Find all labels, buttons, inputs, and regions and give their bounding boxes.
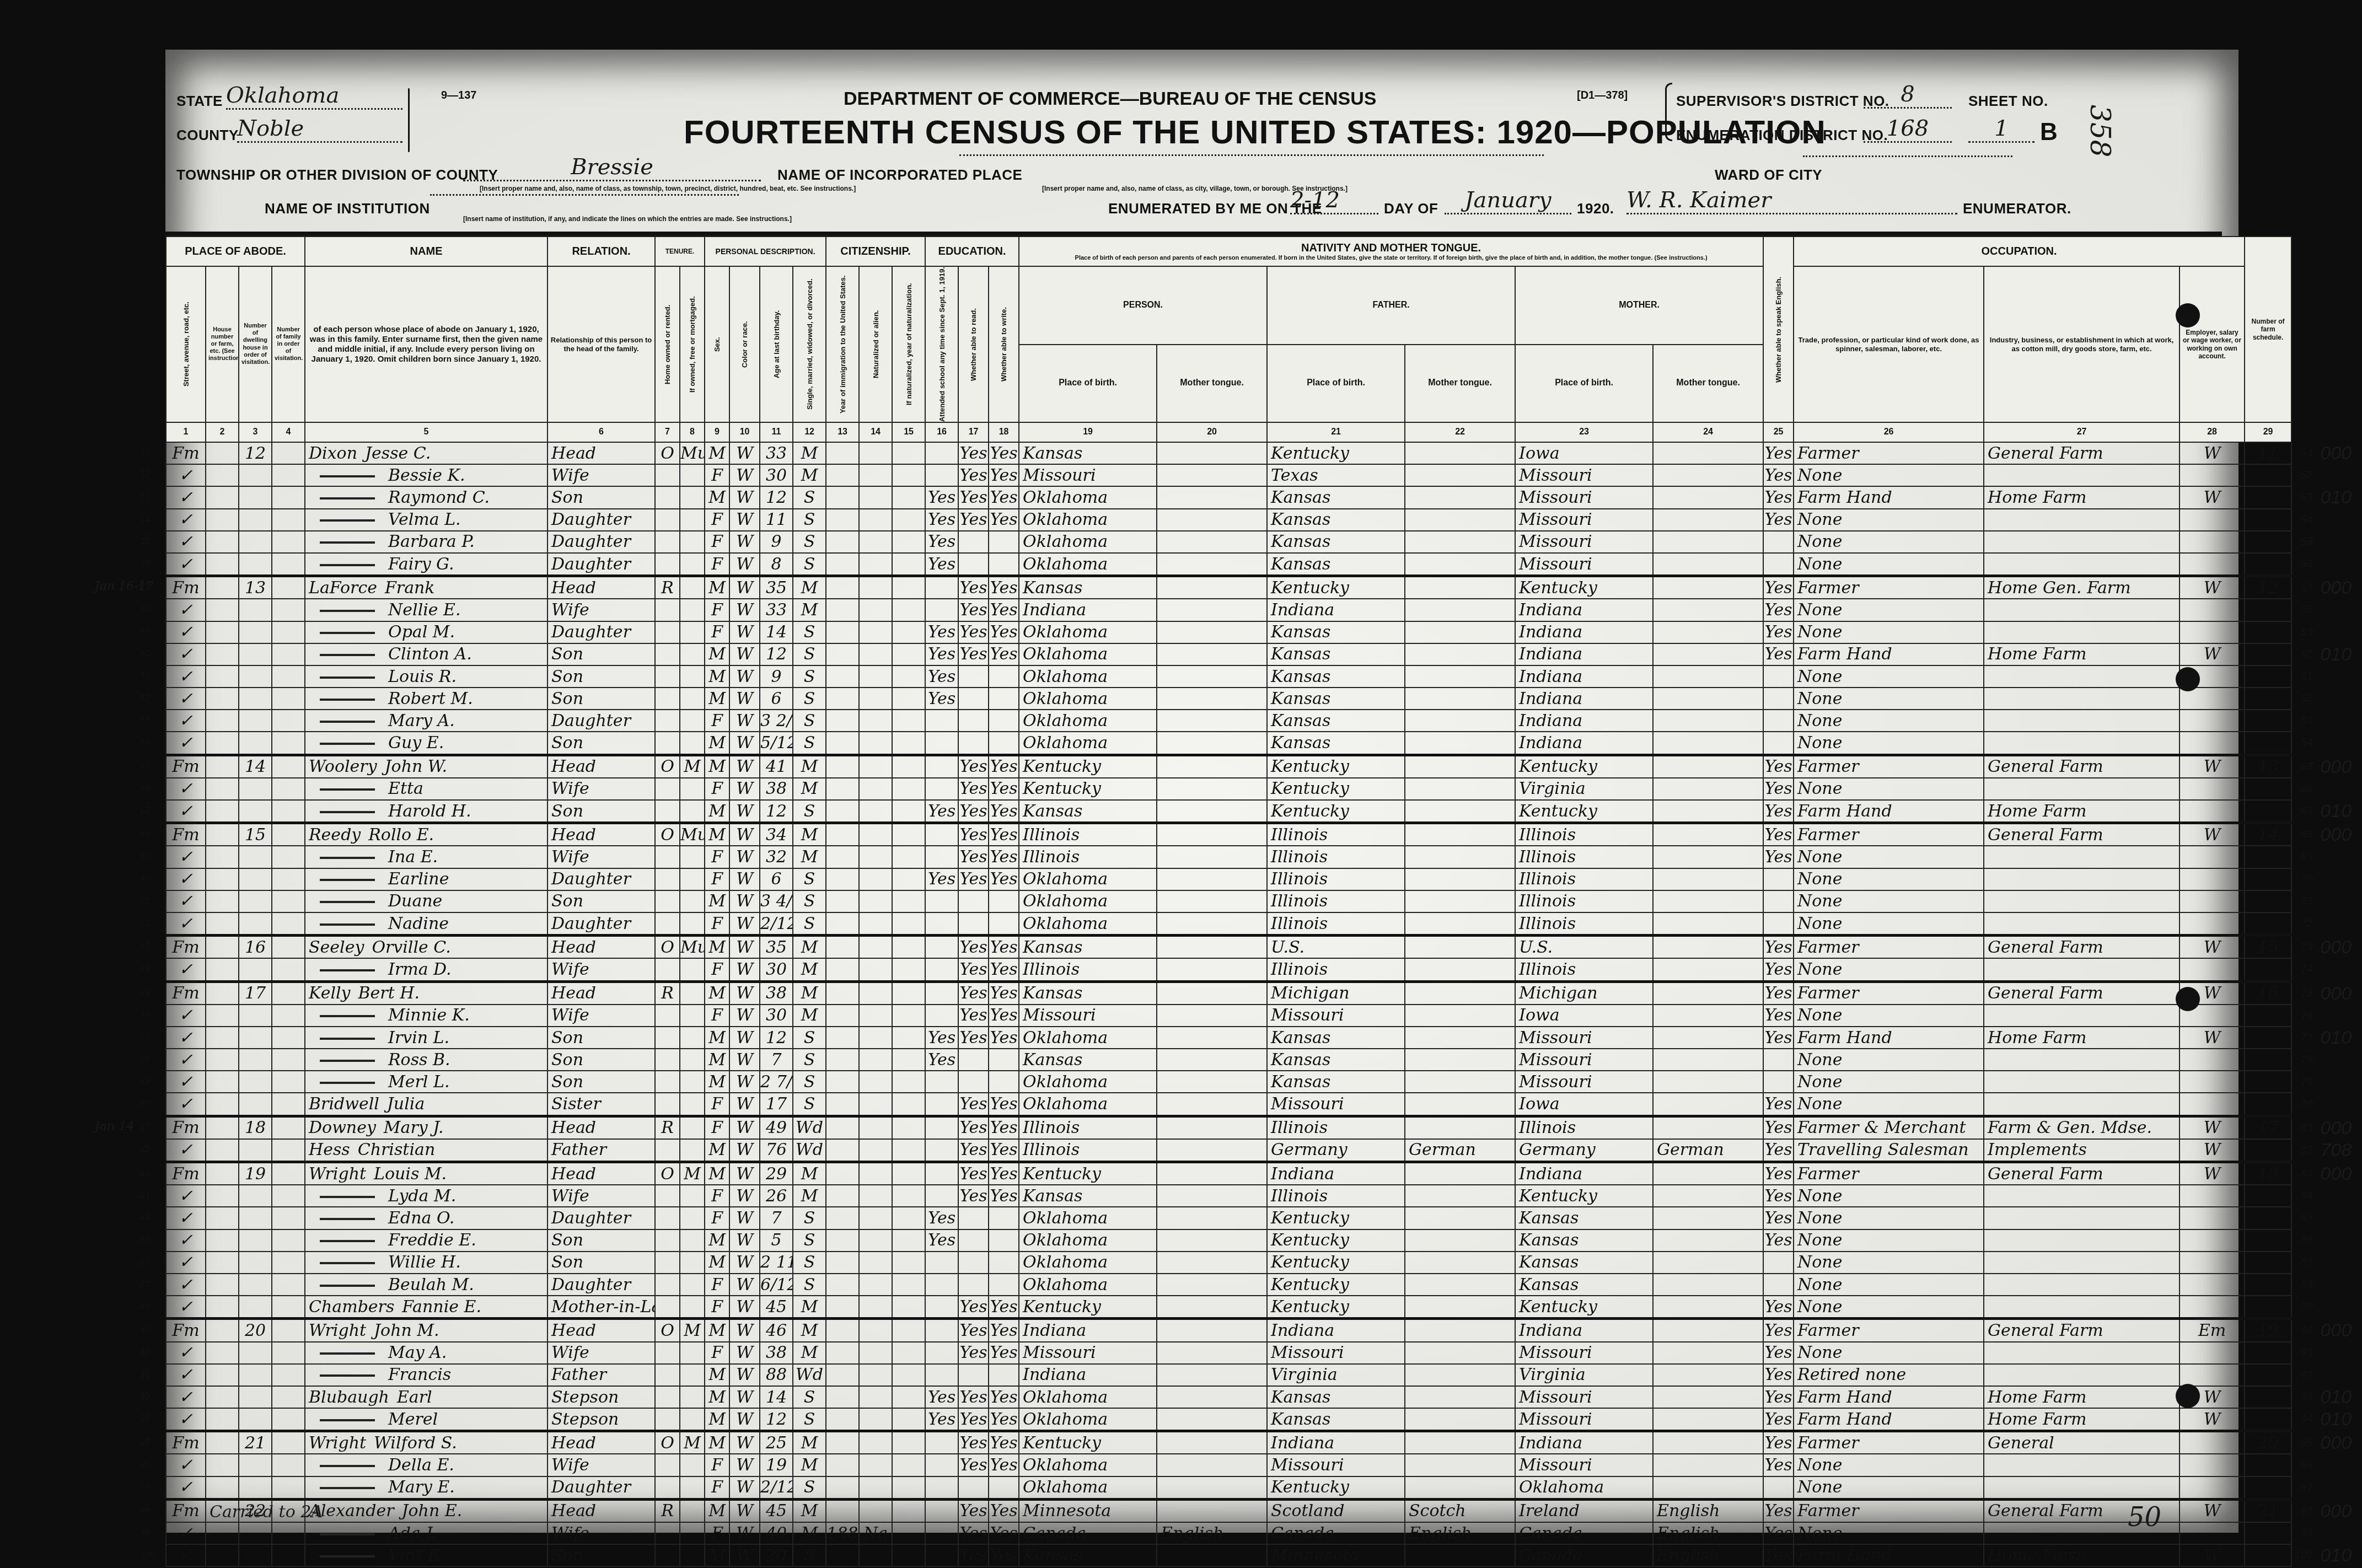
mother-mother-tongue-cell — [1653, 755, 1763, 778]
street-value: ✓ — [179, 1050, 192, 1070]
age-cell: 19 — [760, 1454, 793, 1476]
col-16-label: Attended school any time since Sept. 1, … — [925, 266, 958, 422]
father-birthplace-cell: Illinois — [1267, 890, 1405, 912]
ward-label: WARD OF CITY — [1715, 167, 1822, 184]
dwelling-cell — [239, 710, 272, 732]
trade-cell: None — [1794, 868, 1984, 890]
line-number-left: 98 — [140, 1506, 150, 1516]
immigration-cell — [826, 868, 859, 890]
naturalized-cell — [859, 1229, 892, 1252]
col-20-label: Mother tongue. — [1157, 345, 1267, 423]
mother-mother-tongue-cell — [1653, 1274, 1763, 1296]
given-name: Etta — [388, 779, 423, 798]
sex-cell: M — [705, 1049, 729, 1071]
line-number-left: 80 — [140, 1099, 150, 1109]
school-cell — [925, 912, 958, 936]
given-name: Earl — [397, 1388, 432, 1407]
line-number: 83 — [2301, 1168, 2313, 1180]
age-cell: 14 — [760, 1386, 793, 1408]
sex-cell: F — [705, 846, 729, 868]
age-cell: 12 — [760, 800, 793, 823]
dwelling-cell: 19 — [239, 1162, 272, 1185]
birthplace-cell: Illinois — [1019, 1139, 1157, 1162]
name-cell: Earline — [305, 868, 547, 890]
mother-mother-tongue-cell — [1653, 643, 1763, 665]
line-number: 58 — [2301, 604, 2313, 616]
mother-birthplace-cell: Indiana — [1515, 599, 1653, 621]
school-cell — [925, 1342, 958, 1364]
class-cell — [2180, 1522, 2245, 1544]
dwelling-cell — [239, 1386, 272, 1408]
street-cell: 52✓ — [166, 464, 206, 486]
write-cell: Yes — [989, 1093, 1019, 1116]
farm-schedule-cell: 55 — [2245, 531, 2291, 553]
father-birthplace-cell: Illinois — [1267, 912, 1405, 936]
naturalized-cell — [859, 890, 892, 912]
col-25-label: Whether able to speak English. — [1763, 237, 1794, 422]
mother-tongue-cell — [1157, 1093, 1267, 1116]
english-cell: Yes — [1763, 1386, 1794, 1408]
line-number: 51 — [2301, 447, 2313, 460]
birthplace-cell: Oklahoma — [1019, 1408, 1157, 1431]
line-number: 59 — [2301, 626, 2313, 639]
birthplace-cell: Oklahoma — [1019, 553, 1157, 576]
immigration-cell — [826, 531, 859, 553]
home-cell — [655, 778, 680, 800]
naturalization-year-cell — [892, 621, 925, 643]
occupation-code: 010 — [2320, 644, 2352, 665]
street-cell: 81FmJan 14 — [166, 1116, 206, 1139]
farm-schedule-cell: 52 — [2245, 464, 2291, 486]
english-cell: Yes — [1763, 846, 1794, 868]
line-number-left: 59 — [140, 627, 150, 637]
english-cell: Yes — [1763, 509, 1794, 531]
street-value: Fm — [172, 578, 199, 598]
read-cell: Yes — [958, 936, 989, 959]
birthplace-cell: Indiana — [1019, 1364, 1157, 1386]
home-cell — [655, 688, 680, 710]
english-cell: Yes — [1763, 958, 1794, 981]
street-cell: 54✓ — [166, 509, 206, 531]
immigration-cell — [826, 1499, 859, 1522]
table-row: 84✓Lyda M.WifeFW26MYesYesKansasIllinoisK… — [166, 1185, 2291, 1207]
industry-cell: Home Farm — [1984, 800, 2180, 823]
farm-number: 21 — [2257, 1501, 2278, 1521]
father-birthplace-cell: Indiana — [1267, 1162, 1405, 1185]
race-cell: W — [729, 800, 760, 823]
birthplace-cell: Oklahoma — [1019, 890, 1157, 912]
marital-cell: M — [793, 442, 826, 464]
home-cell — [655, 1207, 680, 1229]
mother-mother-tongue-cell — [1653, 1116, 1763, 1139]
line-number: 96 — [2301, 1459, 2313, 1472]
table-row: 77✓Irvin L.SonMW12SYesYesYesOklahomaKans… — [166, 1027, 2291, 1049]
mother-tongue-cell — [1157, 599, 1267, 621]
write-cell: Yes — [989, 1499, 1019, 1522]
mother-birthplace-cell: Indiana — [1515, 621, 1653, 643]
column-number: 1 — [166, 422, 206, 442]
mortgage-cell: M — [680, 1162, 705, 1185]
father-birthplace-cell: Kansas — [1267, 1027, 1405, 1049]
industry-cell: Home Farm — [1984, 643, 2180, 665]
mother-mother-tongue-cell — [1653, 1342, 1763, 1364]
family-cell — [272, 1116, 305, 1139]
father-birthplace-cell: Kansas — [1267, 643, 1405, 665]
read-cell — [958, 1229, 989, 1252]
farm-schedule-cell: 96 — [2245, 1454, 2291, 1476]
line-number: 100 — [2295, 1549, 2313, 1562]
immigration-cell: 1884 — [826, 1522, 859, 1544]
immigration-cell — [826, 755, 859, 778]
line-number-left: 51 — [140, 448, 150, 458]
industry-cell — [1984, 846, 2180, 868]
table-row: 89✓ChambersFannie E.Mother-in-LawFW45MYe… — [166, 1296, 2291, 1319]
family-cell — [272, 1162, 305, 1185]
read-cell: Yes — [958, 1319, 989, 1342]
relation-cell: Daughter — [547, 531, 655, 553]
write-cell: Yes — [989, 1319, 1019, 1342]
mother-tongue-cell — [1157, 643, 1267, 665]
industry-cell — [1984, 509, 2180, 531]
col-5-label: of each person whose place of abode on J… — [305, 266, 547, 422]
home-cell: O — [655, 823, 680, 846]
industry-cell — [1984, 531, 2180, 553]
enumerated-day: 2-12 — [1290, 187, 1378, 214]
occupation-code: 010 — [2320, 487, 2352, 508]
trade-cell: None — [1794, 1454, 1984, 1476]
school-cell — [925, 823, 958, 846]
street-value: ✓ — [179, 1275, 192, 1295]
naturalization-year-cell — [892, 1319, 925, 1342]
home-cell: O — [655, 1431, 680, 1454]
dwelling-cell — [239, 732, 272, 755]
family-cell — [272, 1342, 305, 1364]
english-cell: Yes — [1763, 1499, 1794, 1522]
group-education: EDUCATION. — [925, 237, 1019, 266]
naturalized-cell — [859, 732, 892, 755]
street-value: Fm — [172, 757, 199, 776]
race-cell: W — [729, 710, 760, 732]
column-number: 9 — [705, 422, 729, 442]
dwelling-cell — [239, 1274, 272, 1296]
mortgage-cell — [680, 1027, 705, 1049]
age-cell: 46 — [760, 1319, 793, 1342]
dwelling-cell: 20 — [239, 1319, 272, 1342]
class-cell — [2180, 1229, 2245, 1252]
trade-cell: None — [1794, 1185, 1984, 1207]
farm-number: 19 — [2257, 1321, 2278, 1340]
house-cell — [206, 643, 239, 665]
name-cell: Guy E. — [305, 732, 547, 755]
mother-birthplace-cell: Missouri — [1515, 553, 1653, 576]
mortgage-cell — [680, 1342, 705, 1364]
family-cell — [272, 1454, 305, 1476]
table-row: 92✓FrancisFatherMW88WdIndianaVirginiaVir… — [166, 1364, 2291, 1386]
line-number: 82 — [2301, 1144, 2313, 1157]
group-occupation: OCCUPATION. — [1794, 237, 2245, 266]
naturalized-cell — [859, 1116, 892, 1139]
write-cell — [989, 1049, 1019, 1071]
trade-cell: None — [1794, 710, 1984, 732]
sex-cell: F — [705, 1454, 729, 1476]
birthplace-cell: Kansas — [1019, 981, 1157, 1005]
name-cell: Ina E. — [305, 846, 547, 868]
trade-cell: Farm Hand — [1794, 800, 1984, 823]
naturalization-year-cell — [892, 1342, 925, 1364]
immigration-cell — [826, 1207, 859, 1229]
birthplace-cell: Oklahoma — [1019, 1386, 1157, 1408]
farm-schedule-cell: 74 — [2245, 958, 2291, 981]
class-cell — [2180, 509, 2245, 531]
write-cell: Yes — [989, 1027, 1019, 1049]
class-cell — [2180, 1296, 2245, 1319]
race-cell: W — [729, 958, 760, 981]
column-number: 29 — [2245, 422, 2291, 442]
name-cell: Barbara P. — [305, 531, 547, 553]
trade-cell: None — [1794, 1522, 1984, 1544]
english-cell — [1763, 912, 1794, 936]
mother-tongue-cell — [1157, 1139, 1267, 1162]
line-number: 89 — [2301, 1301, 2313, 1313]
family-cell — [272, 688, 305, 710]
home-cell — [655, 1027, 680, 1049]
birthplace-cell: Oklahoma — [1019, 1454, 1157, 1476]
write-cell: Yes — [989, 1139, 1019, 1162]
school-cell: Yes — [925, 1049, 958, 1071]
farm-number: 14 — [2257, 825, 2278, 845]
dwelling-cell — [239, 912, 272, 936]
class-cell: Em — [2180, 1319, 2245, 1342]
read-cell: Yes — [958, 1431, 989, 1454]
birthplace-cell: Kansas — [1019, 576, 1157, 599]
father-birthplace-cell: Missouri — [1267, 1342, 1405, 1364]
dwelling-cell — [239, 553, 272, 576]
surname: Wright — [309, 1433, 366, 1453]
relation-cell: Head — [547, 981, 655, 1005]
home-cell: O — [655, 1319, 680, 1342]
mother-mother-tongue-cell — [1653, 710, 1763, 732]
trade-cell: Farm Hand — [1794, 1386, 1984, 1408]
mother-tongue-cell — [1157, 688, 1267, 710]
line-number-left: 62 — [140, 694, 150, 704]
english-cell: Yes — [1763, 621, 1794, 643]
marital-cell: M — [793, 576, 826, 599]
col-19-label: Place of birth. — [1019, 345, 1157, 423]
write-cell: Yes — [989, 621, 1019, 643]
school-cell — [925, 846, 958, 868]
mother-tongue-cell — [1157, 732, 1267, 755]
english-cell: Yes — [1763, 1027, 1794, 1049]
race-cell: W — [729, 1364, 760, 1386]
sex-cell: F — [705, 868, 729, 890]
home-cell — [655, 464, 680, 486]
naturalization-year-cell — [892, 778, 925, 800]
given-name: Bert H. — [358, 984, 420, 1003]
race-cell: W — [729, 1207, 760, 1229]
mother-birthplace-cell: Indiana — [1515, 1162, 1653, 1185]
house-cell — [206, 665, 239, 688]
trade-cell: Farm Hand — [1794, 643, 1984, 665]
given-name: Rollo E. — [368, 825, 434, 845]
english-cell: Yes — [1763, 755, 1794, 778]
father-birthplace-cell: Kentucky — [1267, 778, 1405, 800]
given-name: John E. — [401, 1501, 462, 1521]
naturalization-year-cell — [892, 912, 925, 936]
name-cell: Raymond C. — [305, 486, 547, 508]
table-row: 70✓EarlineDaughterFW6SYesYesYesOklahomaI… — [166, 868, 2291, 890]
family-cell — [272, 486, 305, 508]
naturalized-cell — [859, 912, 892, 936]
county-value: Noble — [237, 116, 402, 143]
mortgage-cell — [680, 1093, 705, 1116]
given-name: Raymond C. — [388, 488, 490, 507]
race-cell: W — [729, 1431, 760, 1454]
street-value: ✓ — [179, 1478, 192, 1497]
father-tongue-cell: German — [1405, 1139, 1515, 1162]
class-cell: W — [2180, 1408, 2245, 1431]
birthplace-cell: Oklahoma — [1019, 1207, 1157, 1229]
naturalization-year-cell — [892, 1454, 925, 1476]
school-cell — [925, 958, 958, 981]
farm-schedule-cell: 1468000 — [2245, 823, 2291, 846]
race-cell: W — [729, 1544, 760, 1566]
english-cell — [1763, 1476, 1794, 1500]
street-cell: 83Fm — [166, 1162, 206, 1185]
given-name: Nellie E. — [388, 600, 461, 620]
trade-cell: Retired none — [1794, 1364, 1984, 1386]
birthplace-cell: Missouri — [1019, 464, 1157, 486]
occupation-code: 000 — [2320, 577, 2352, 599]
line-number: 68 — [2301, 829, 2313, 841]
street-cell: 60✓ — [166, 643, 206, 665]
column-number: 15 — [892, 422, 925, 442]
english-cell: Yes — [1763, 1296, 1794, 1319]
punch-hole — [2176, 987, 2200, 1011]
house-cell — [206, 1454, 239, 1476]
farm-schedule-cell: 58 — [2245, 599, 2291, 621]
write-cell: Yes — [989, 1162, 1019, 1185]
mother-birthplace-cell: Iowa — [1515, 1093, 1653, 1116]
mortgage-cell — [680, 1071, 705, 1093]
house-cell — [206, 576, 239, 599]
table-row: 81FmJan 1418DowneyMary J.HeadRFW49WdYesY… — [166, 1116, 2291, 1139]
house-cell — [206, 1386, 239, 1408]
house-cell — [206, 1252, 239, 1274]
home-cell — [655, 643, 680, 665]
age-cell: 45 — [760, 1296, 793, 1319]
trade-cell: Farmer — [1794, 1162, 1984, 1185]
mother-birthplace-cell: Indiana — [1515, 688, 1653, 710]
marital-cell: S — [793, 1027, 826, 1049]
mother-birthplace-cell: Kentucky — [1515, 576, 1653, 599]
birthplace-cell: Minnesota — [1019, 1499, 1157, 1522]
english-cell — [1763, 1252, 1794, 1274]
column-number: 4 — [272, 422, 305, 442]
birthplace-cell: Kentucky — [1019, 1162, 1157, 1185]
street-cell: 74✓ — [166, 958, 206, 981]
street-cell: 95Fm — [166, 1431, 206, 1454]
mortgage-cell — [680, 1049, 705, 1071]
home-cell — [655, 1229, 680, 1252]
street-value: ✓ — [179, 733, 192, 753]
age-cell: 76 — [760, 1139, 793, 1162]
name-cell: BlubaughEarl — [305, 1386, 547, 1408]
mortgage-cell — [680, 1386, 705, 1408]
sex-cell: M — [705, 1319, 729, 1342]
col-9-label: Sex. — [705, 266, 729, 422]
relation-cell: Son — [547, 1252, 655, 1274]
table-row: 93✓BlubaughEarlStepsonMW14SYesYesYesOkla… — [166, 1386, 2291, 1408]
mother-birthplace-cell: Canada — [1515, 1544, 1653, 1566]
name-cell: Mary A. — [305, 710, 547, 732]
group-personal: PERSONAL DESCRIPTION. — [705, 237, 826, 266]
dwelling-cell: 17 — [239, 981, 272, 1005]
column-number-row: 1234567891011121314151617181920212223242… — [166, 422, 2291, 442]
street-cell: 69✓ — [166, 846, 206, 868]
school-cell — [925, 599, 958, 621]
name-cell: Ross B. — [305, 1049, 547, 1071]
mother-birthplace-cell: Missouri — [1515, 1386, 1653, 1408]
table-row: 69✓Ina E.WifeFW32MYesYesIllinoisIllinois… — [166, 846, 2291, 868]
english-cell: Yes — [1763, 1229, 1794, 1252]
marital-cell: S — [793, 1252, 826, 1274]
line-number: 66 — [2301, 783, 2313, 796]
immigration-cell — [826, 1296, 859, 1319]
english-cell: Yes — [1763, 599, 1794, 621]
sex-cell: F — [705, 553, 729, 576]
table-row: 61✓Louis R.SonMW9SYesOklahomaKansasIndia… — [166, 665, 2291, 688]
read-cell — [958, 732, 989, 755]
english-cell — [1763, 890, 1794, 912]
family-cell — [272, 1408, 305, 1431]
marital-cell: S — [793, 1408, 826, 1431]
family-cell — [272, 1364, 305, 1386]
mother-tongue-cell — [1157, 1274, 1267, 1296]
immigration-cell — [826, 643, 859, 665]
line-number: 63 — [2301, 715, 2313, 727]
surname: Wright — [309, 1164, 366, 1184]
race-cell: W — [729, 464, 760, 486]
naturalization-year-cell — [892, 936, 925, 959]
mother-birthplace-cell: Germany — [1515, 1139, 1653, 1162]
name-cell: Della E. — [305, 1454, 547, 1476]
marital-cell: Wd — [793, 1116, 826, 1139]
father-tongue-cell — [1405, 823, 1515, 846]
mother-tongue-cell — [1157, 890, 1267, 912]
birthplace-cell: Indiana — [1019, 1319, 1157, 1342]
industry-cell: Home Farm — [1984, 1386, 2180, 1408]
mother-birthplace-cell: Kentucky — [1515, 1296, 1653, 1319]
mother-birthplace-cell: Canada — [1515, 1522, 1653, 1544]
farm-schedule-cell: 69 — [2245, 846, 2291, 868]
line-number: 85 — [2301, 1212, 2313, 1225]
farm-schedule-cell: 1883000 — [2245, 1162, 2291, 1185]
mother-mother-tongue-cell — [1653, 486, 1763, 508]
street-value: ✓ — [179, 847, 192, 867]
father-tongue-cell — [1405, 1319, 1515, 1342]
mother-mother-tongue-cell — [1653, 576, 1763, 599]
line-number: 99 — [2301, 1527, 2313, 1540]
mortgage-cell — [680, 732, 705, 755]
naturalization-year-cell — [892, 553, 925, 576]
enumerator-label: ENUMERATOR. — [1963, 200, 2071, 217]
dwelling-cell: 21 — [239, 1431, 272, 1454]
mother-tongue-cell — [1157, 1207, 1267, 1229]
given-name: Irma D. — [388, 960, 452, 979]
marital-cell: S — [793, 553, 826, 576]
class-cell: W — [2180, 1162, 2245, 1185]
father-tongue-cell — [1405, 1027, 1515, 1049]
